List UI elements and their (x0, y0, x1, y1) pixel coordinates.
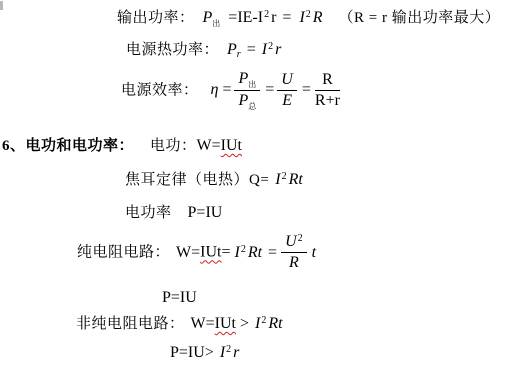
equals: = (221, 244, 230, 261)
output-power-label: 输出功率： (117, 10, 195, 26)
line-heat-power: 电源热功率：Pr=I2r (126, 40, 281, 62)
scan-artifact (0, 1, 3, 10)
document-page: 输出功率：P出=IE-I2r=I2R（R = r 输出功率最大） 电源热功率：P… (0, 0, 515, 367)
var-R: R (281, 253, 307, 272)
var-I: I (220, 344, 225, 361)
sub-chu: 出 (248, 80, 256, 89)
w-equals: W= (191, 315, 215, 332)
var-R: R (315, 71, 340, 91)
var-I: I (299, 9, 304, 26)
var-r: r (275, 41, 281, 58)
fraction-pout-ptotal: P出P总 (234, 70, 260, 111)
equals: = (282, 9, 291, 26)
sup-2: 2 (282, 171, 287, 182)
piu-gt-formula: P=IU> (170, 344, 214, 361)
sup-2: 2 (241, 244, 246, 255)
output-power-note: （R = r 输出功率最大） (339, 10, 501, 26)
sup-2: 2 (298, 233, 303, 244)
piu-formula: P=IU (162, 289, 197, 306)
var-P: P (203, 9, 213, 26)
var-P: P (227, 41, 237, 58)
var-I: I (275, 171, 280, 188)
var-I: I (262, 41, 267, 58)
sub-r: r (237, 49, 241, 60)
sub-zong: 总 (248, 102, 256, 111)
var-P: P (238, 70, 248, 87)
sup-2: 2 (261, 315, 266, 326)
efficiency-label: 电源效率： (121, 82, 199, 98)
section6-heading: 6、电功和电功率： (2, 138, 134, 154)
var-t: t (312, 244, 316, 261)
var-U: U (277, 71, 297, 91)
line-pure-resistance: 纯电阻电路：W=IUt=I2Rt=U2Rt (77, 233, 316, 273)
work-label: 电功： (150, 138, 197, 154)
line-efficiency: 电源效率：η=P出P总=UE=RR+r (121, 70, 343, 111)
var-Rt: Rt (248, 244, 262, 261)
sup-2: 2 (306, 9, 311, 20)
power-label: 电功率 (125, 205, 172, 221)
equals: = (222, 81, 231, 98)
sup-2: 2 (226, 344, 231, 355)
var-eta: η (211, 81, 219, 98)
formula-mid: =IE-I (228, 9, 263, 26)
line-piu: P=IU (162, 288, 197, 308)
iut-misspelled: IUt (200, 244, 221, 261)
var-r: r (271, 9, 276, 26)
line-electric-power: 电功率P=IU (125, 203, 222, 223)
pure-label: 纯电阻电路： (77, 245, 170, 261)
line-section6: 6、电功和电功率：电功：W=IUt (2, 136, 242, 156)
var-Rt: Rt (268, 315, 282, 332)
iut-misspelled: IUt (215, 315, 236, 332)
r-plus-r: R+r (315, 91, 340, 110)
iut-misspelled: IUt (221, 137, 242, 154)
equals: = (265, 81, 274, 98)
power-formula: P=IU (188, 204, 223, 221)
var-I: I (235, 244, 240, 261)
sub-chu: 出 (212, 19, 220, 28)
greater-than: > (240, 315, 249, 332)
fraction-r-rr: RR+r (315, 71, 340, 111)
equals: = (302, 81, 311, 98)
sup-2: 2 (264, 9, 269, 20)
fraction-u-e: UE (277, 71, 297, 111)
heat-power-label: 电源热功率： (126, 42, 219, 58)
var-r: r (233, 344, 239, 361)
equals: = (268, 244, 277, 261)
line-output-power: 输出功率：P出=IE-I2r=I2R（R = r 输出功率最大） (117, 8, 500, 29)
var-Rt: Rt (289, 171, 303, 188)
sup-2: 2 (268, 41, 273, 52)
line-piu-gt: P=IU>I2r (170, 343, 239, 363)
line-joule-law: 焦耳定律（电热）Q=I2Rt (125, 170, 303, 190)
w-equals: W= (197, 137, 221, 154)
var-P: P (238, 92, 248, 109)
w-equals: W= (176, 244, 200, 261)
line-nonpure-resistance: 非纯电阻电路：W=IUt>I2Rt (76, 314, 283, 334)
var-U: U (285, 233, 297, 250)
nonpure-label: 非纯电阻电路： (76, 316, 185, 332)
joule-label: 焦耳定律（电热）Q= (125, 172, 269, 188)
equals: = (247, 41, 256, 58)
fraction-u2-r: U2R (281, 233, 307, 273)
var-R: R (313, 9, 323, 26)
var-I: I (255, 315, 260, 332)
var-E: E (277, 91, 297, 110)
